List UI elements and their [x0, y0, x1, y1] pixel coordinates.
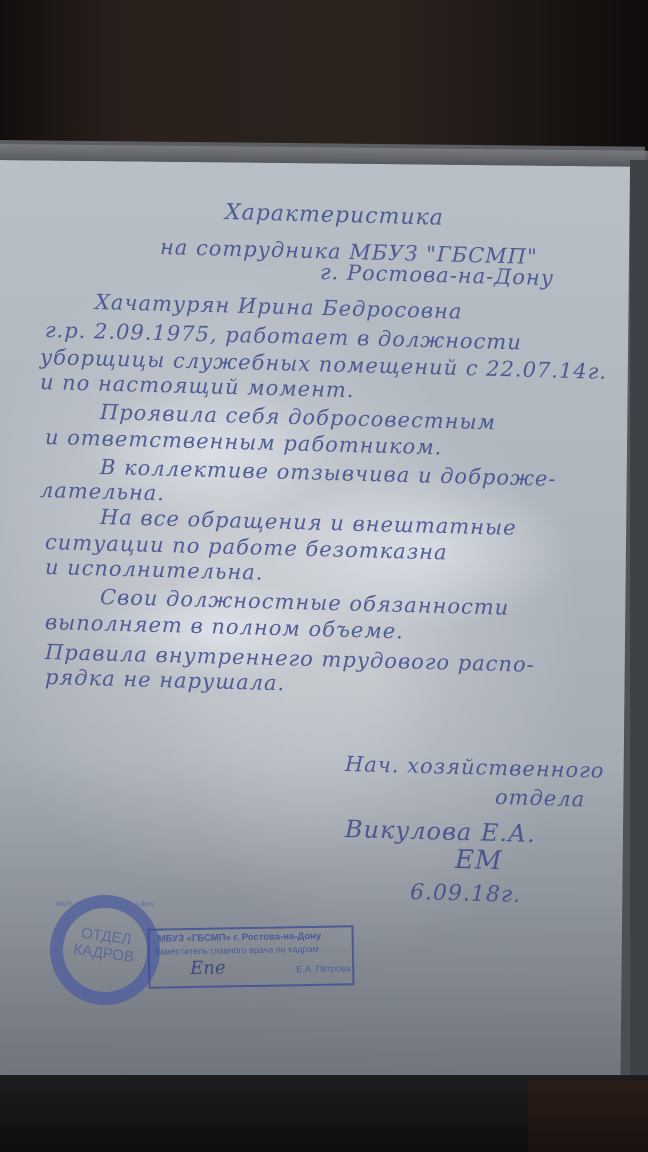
- round-stamp: МБУЗ «ГБСМП» г. Ростова-на-Дону ОТДЕЛ КА…: [50, 895, 160, 1005]
- stamp-position: Заместитель главного врача по кадрам: [154, 944, 319, 957]
- signature-date: 6.09.18г.: [410, 880, 522, 908]
- body-line: лательна.: [40, 478, 166, 505]
- signer-name: Викулова Е.А.: [345, 815, 537, 848]
- rectangular-stamp: МБУЗ «ГБСМП» г. Ростова-на-Дону Заместит…: [147, 925, 354, 989]
- stamp-center-text: ОТДЕЛ КАДРОВ: [65, 923, 145, 967]
- background-bottom-right: [528, 1080, 648, 1152]
- sleeve-right-edge: [630, 160, 648, 1080]
- signature: ЕМ: [455, 845, 503, 876]
- stamp-signature: Епе: [190, 957, 226, 979]
- background-top: [0, 0, 648, 160]
- signer-position: отдела: [495, 785, 586, 811]
- stamp-name: Е.А. Петрова: [296, 963, 351, 974]
- stamp-ring-text: МБУЗ «ГБСМП» г. Ростова-на-Дону: [53, 902, 157, 908]
- stamp-org: МБУЗ «ГБСМП» г. Ростова-на-Дону: [158, 931, 322, 945]
